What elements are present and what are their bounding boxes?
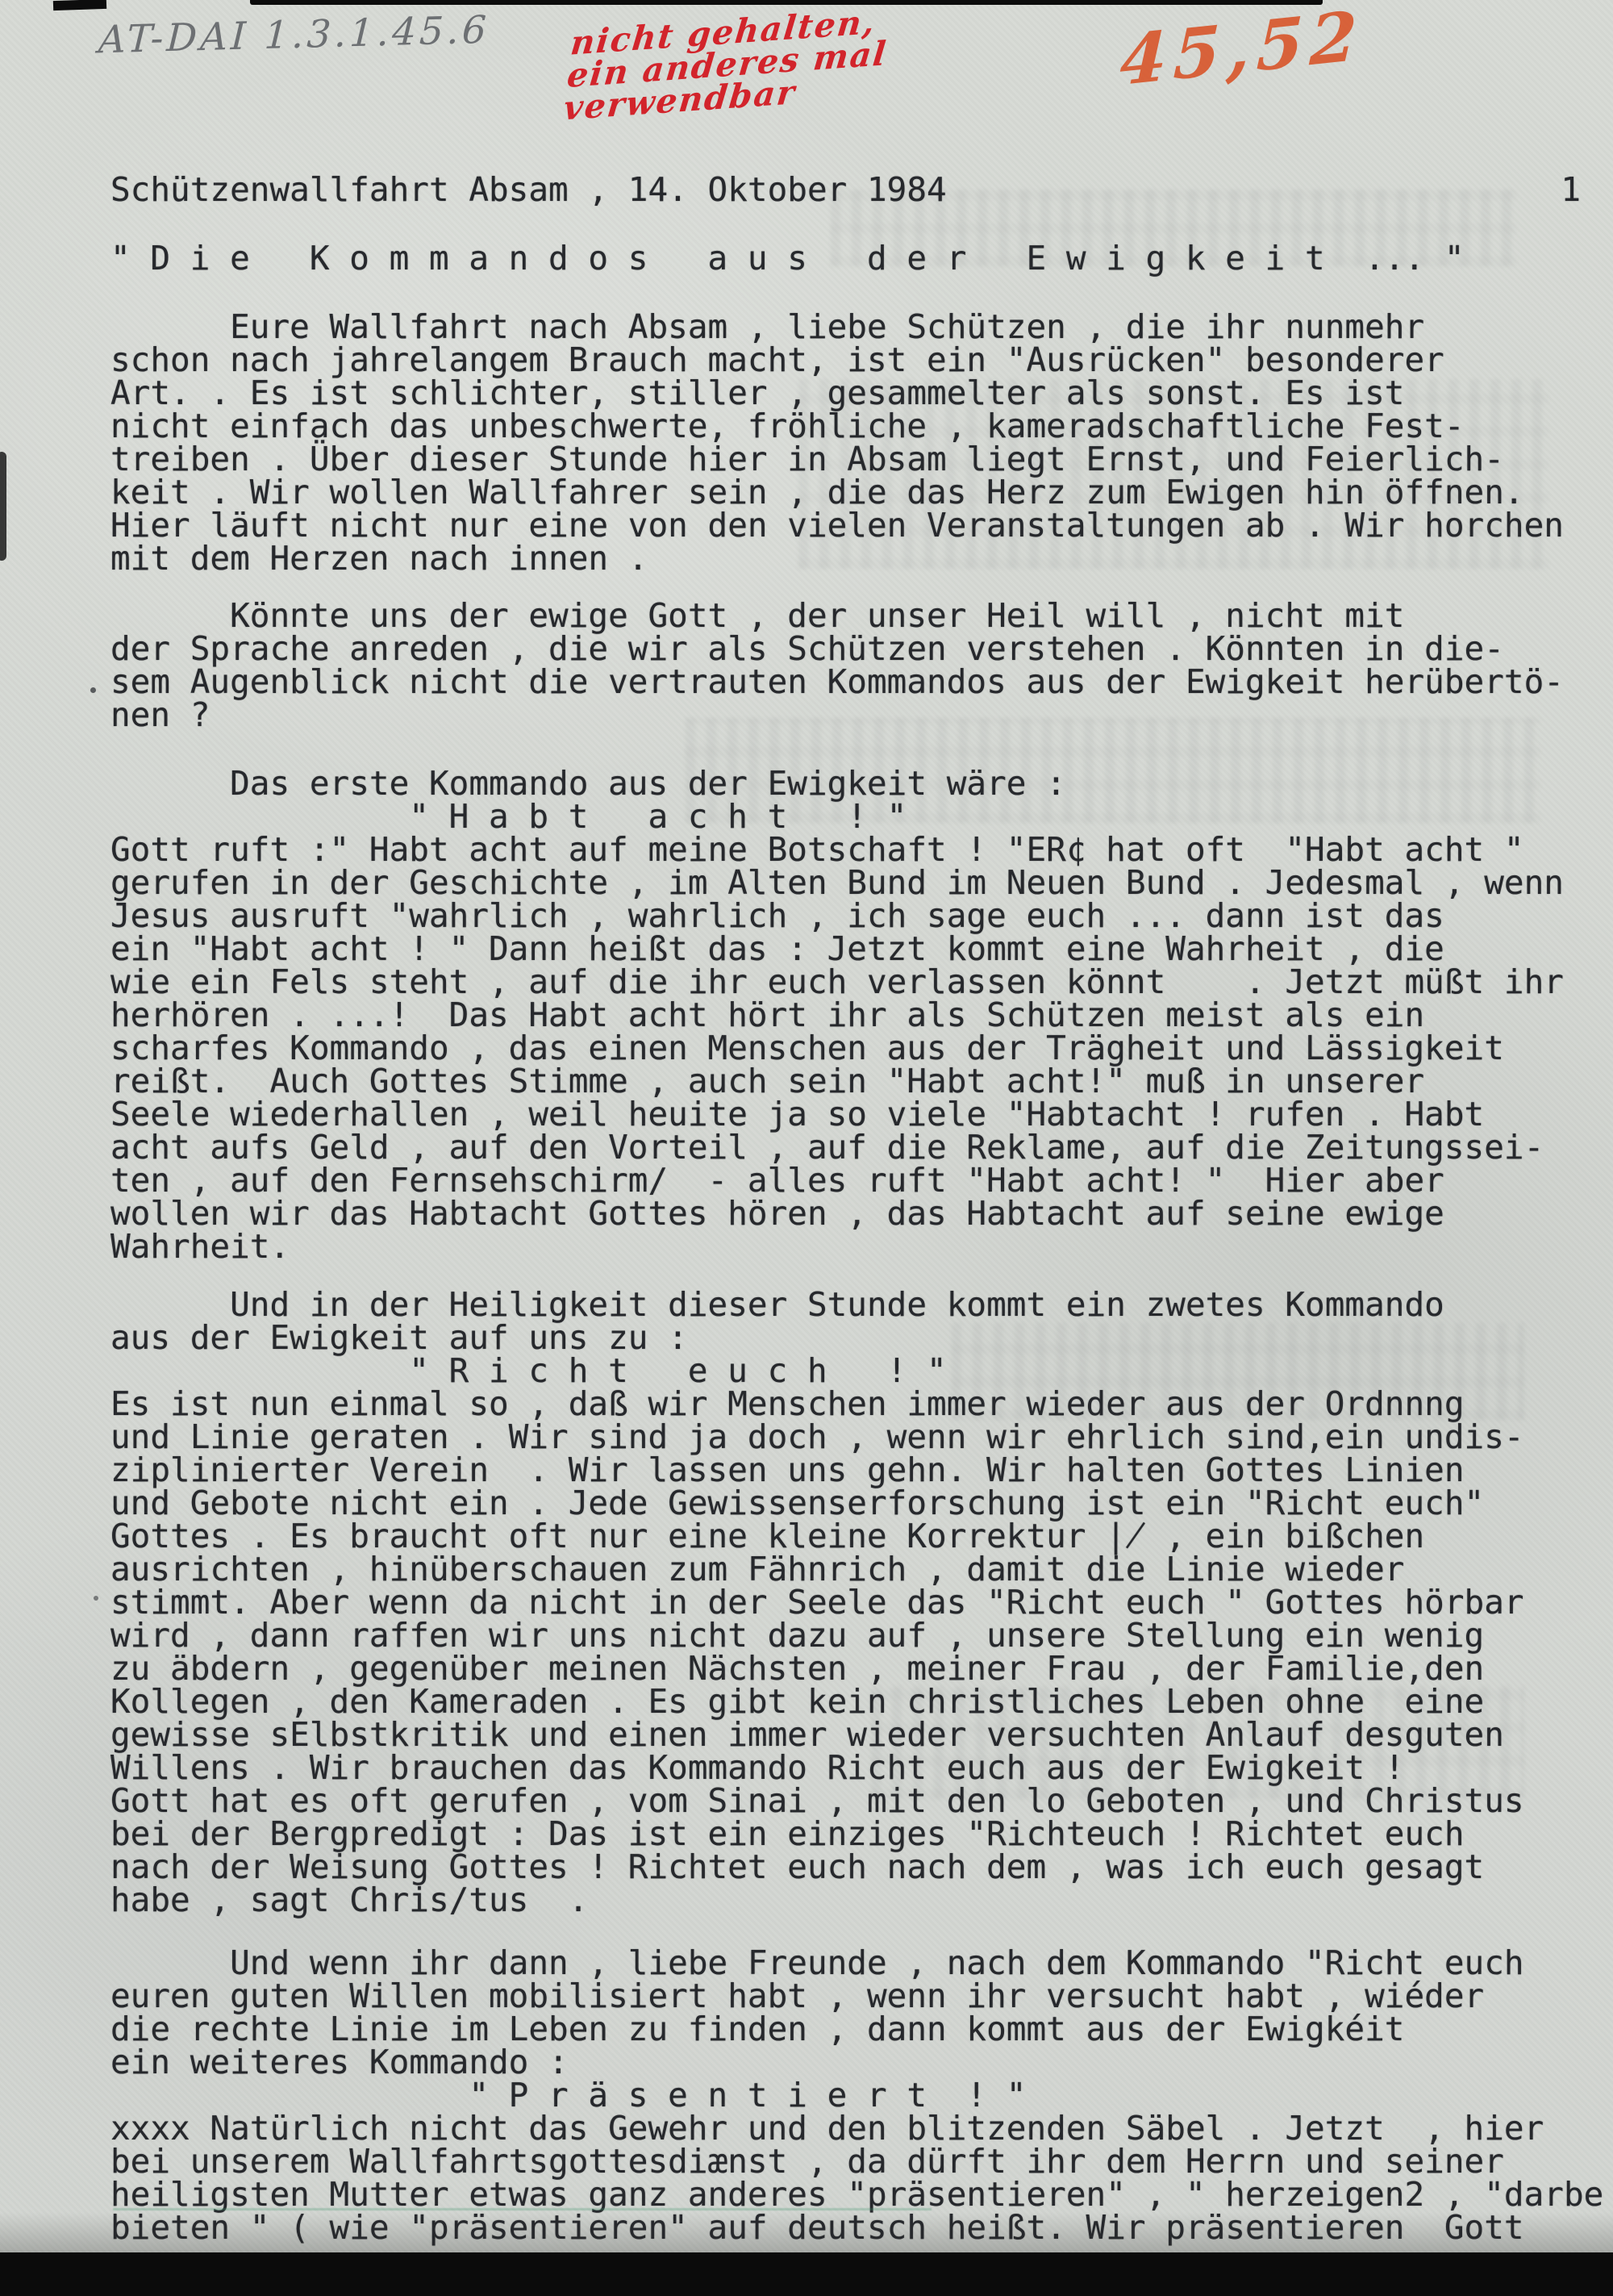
document-header: Schützenwallfahrt Absam , 14. Oktober 19…	[110, 173, 1613, 207]
red-handwritten-number: 45,52	[1119, 0, 1365, 101]
scan-edge-corner-mark	[53, 0, 106, 10]
paragraph-praesentiert: Und wenn ihr dann , liebe Freunde , nach…	[110, 1947, 1613, 2244]
faint-green-underline	[113, 2208, 932, 2210]
scan-edge-bottom	[0, 2252, 1613, 2296]
typewritten-content: Schützenwallfahrt Absam , 14. Oktober 19…	[110, 173, 1613, 2244]
scan-bottom-shadow	[0, 2212, 1613, 2252]
paragraph-introduction: Eure Wallfahrt nach Absam , liebe Schütz…	[110, 311, 1613, 575]
red-handwritten-note: nicht gehalten, ein anderes mal verwendb…	[562, 5, 892, 125]
scan-speck	[94, 1596, 98, 1601]
archive-reference-handwriting: AT-DAI 1.3.1.45.6	[98, 8, 490, 63]
scan-speck	[90, 687, 96, 693]
sermon-headline: " D i e K o m m a n d o s a u s d e r E …	[110, 242, 1613, 275]
scanned-typewriter-page: AT-DAI 1.3.1.45.6 nicht gehalten, ein an…	[0, 0, 1613, 2296]
scan-edge-smudge	[0, 452, 6, 561]
scan-edge-top	[250, 0, 1323, 5]
paragraph-habt-acht: Das erste Kommando aus der Ewigkeit wäre…	[110, 767, 1613, 1263]
page-number: 1	[1561, 173, 1581, 207]
paragraph-question: Könnte uns der ewige Gott , der unser He…	[110, 599, 1613, 732]
paragraph-richt-euch: Und in der Heiligkeit dieser Stunde komm…	[110, 1288, 1613, 1917]
document-title-line: Schützenwallfahrt Absam , 14. Oktober 19…	[110, 173, 947, 207]
